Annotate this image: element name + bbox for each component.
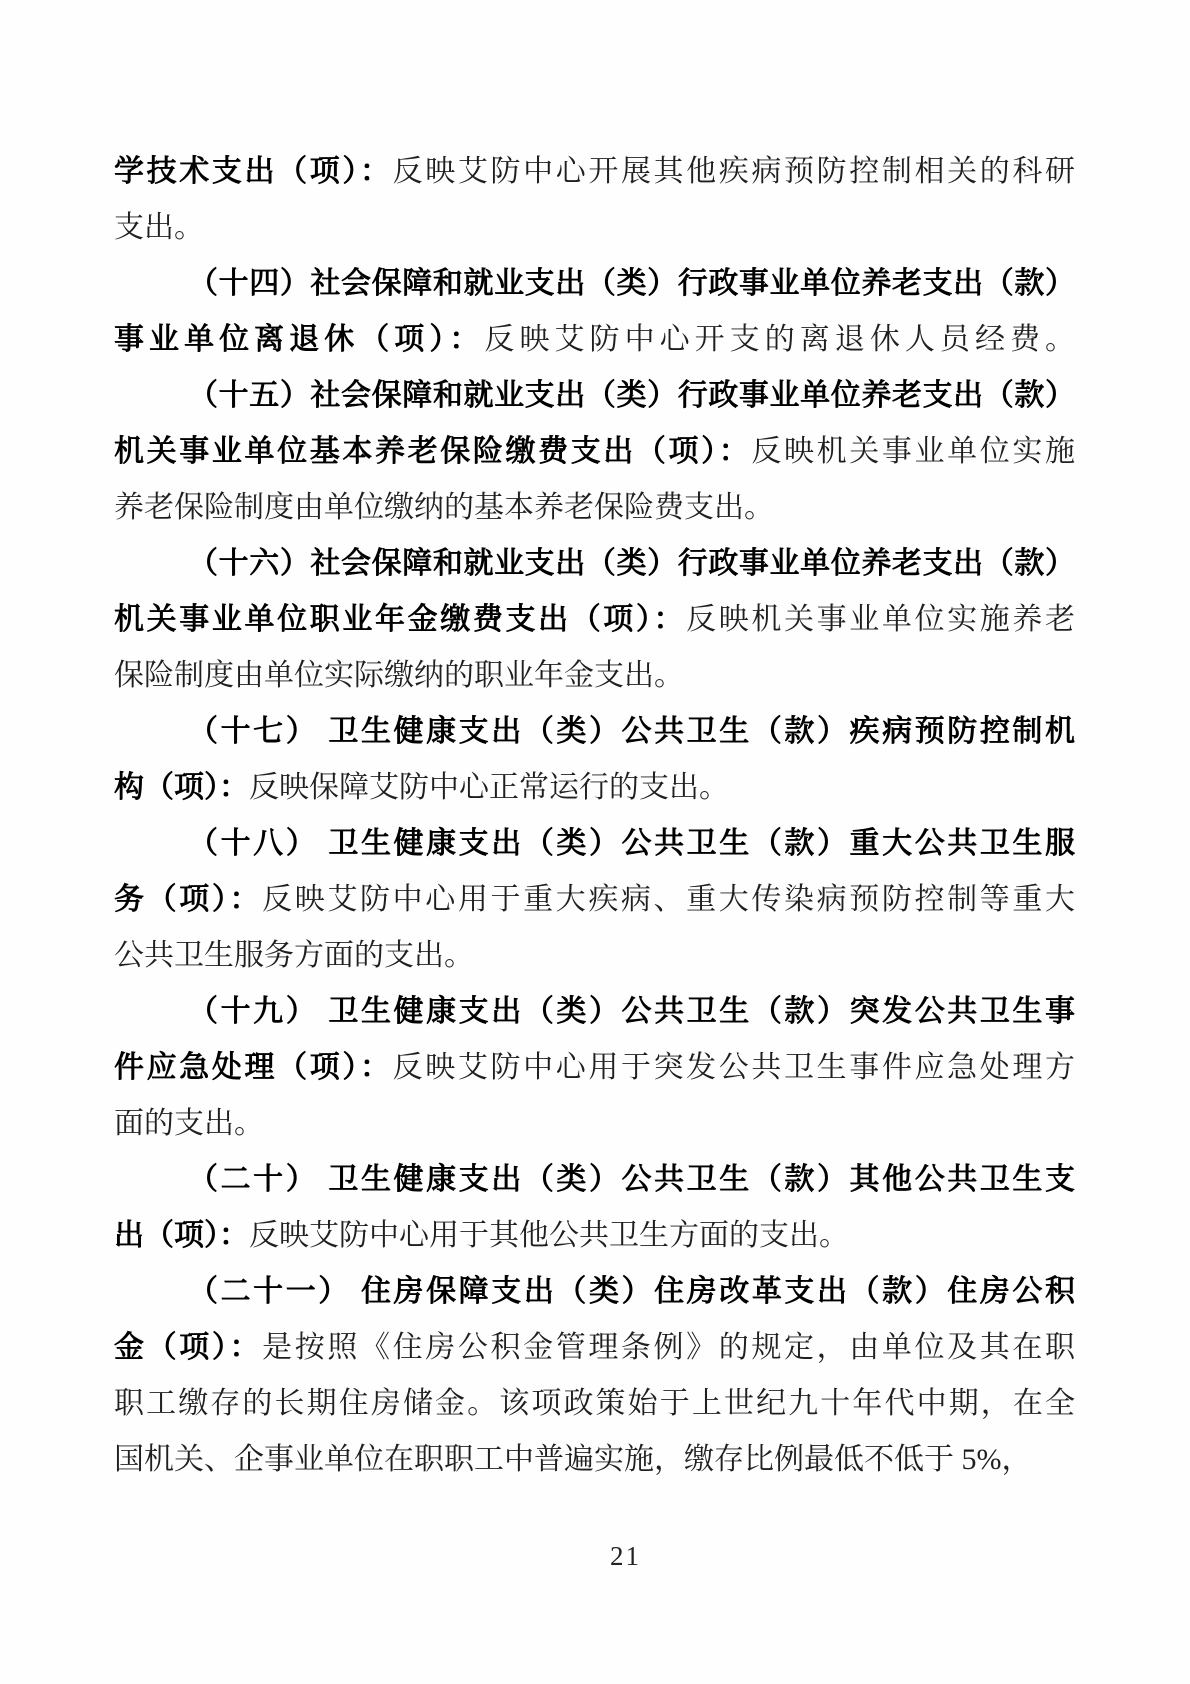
body-text: 反映艾防中心用于重大疾病、重大传染病预防控制等重大 — [262, 883, 1075, 916]
text-line: 学技术支出（项）：反映艾防中心开展其他疾病预防控制相关的科研 — [114, 144, 1075, 200]
text-line: （十五）社会保障和就业支出（类）行政事业单位养老支出（款） — [114, 368, 1075, 424]
body-text: 公共卫生服务方面的支出。 — [114, 939, 474, 972]
text-line: 养老保险制度由单位缴纳的基本养老保险费支出。 — [114, 480, 1075, 536]
text-line: 件应急处理（项）：反映艾防中心用于突发公共卫生事件应急处理方 — [114, 1040, 1075, 1096]
heading-text: （十四）社会保障和就业支出（类）行政事业单位养老支出（款） — [188, 267, 1075, 300]
body-text: 反映艾防中心用于其他公共卫生方面的支出。 — [249, 1219, 849, 1252]
text-line: 事业单位离退休（项）：反映艾防中心开支的离退休人员经费。 — [114, 312, 1075, 368]
text-line: （二十） 卫生健康支出（类）公共卫生（款）其他公共卫生支 — [114, 1152, 1075, 1208]
text-line: 职工缴存的长期住房储金。该项政策始于上世纪九十年代中期，在全 — [114, 1376, 1075, 1432]
text-line: 出（项）：反映艾防中心用于其他公共卫生方面的支出。 — [114, 1208, 1075, 1264]
body-text: 养老保险制度由单位缴纳的基本养老保险费支出。 — [114, 491, 774, 524]
body-text: 反映保障艾防中心正常运行的支出。 — [249, 771, 729, 804]
text-line: 构（项）：反映保障艾防中心正常运行的支出。 — [114, 760, 1075, 816]
text-line: 保险制度由单位实际缴纳的职业年金支出。 — [114, 648, 1075, 704]
heading-text: （二十） 卫生健康支出（类）公共卫生（款）其他公共卫生支 — [188, 1163, 1075, 1196]
text-line: 支出。 — [114, 200, 1075, 256]
text-line: 机关事业单位基本养老保险缴费支出（项）：反映机关事业单位实施 — [114, 424, 1075, 480]
text-line: （二十一） 住房保障支出（类）住房改革支出（款）住房公积 — [114, 1264, 1075, 1320]
text-content: 学技术支出（项）：反映艾防中心开展其他疾病预防控制相关的科研支出。（十四）社会保… — [114, 144, 1075, 1488]
heading-text: 出（项）： — [114, 1219, 249, 1252]
text-line: 公共卫生服务方面的支出。 — [114, 928, 1075, 984]
text-line: （十八） 卫生健康支出（类）公共卫生（款）重大公共卫生服 — [114, 816, 1075, 872]
heading-text: （十五）社会保障和就业支出（类）行政事业单位养老支出（款） — [188, 379, 1075, 412]
body-text: 反映艾防中心开展其他疾病预防控制相关的科研 — [393, 155, 1075, 188]
text-line: （十四）社会保障和就业支出（类）行政事业单位养老支出（款） — [114, 256, 1075, 312]
body-text: 反映机关事业单位实施养老 — [686, 603, 1075, 636]
text-line: 国机关、企事业单位在职职工中普遍实施，缴存比例最低不低于 5%， — [114, 1432, 1075, 1488]
page-number: 21 — [610, 1541, 641, 1572]
body-text: 反映艾防中心用于突发公共卫生事件应急处理方 — [393, 1051, 1075, 1084]
text-line: 机关事业单位职业年金缴费支出（项）：反映机关事业单位实施养老 — [114, 592, 1075, 648]
body-text: 国机关、企事业单位在职职工中普遍实施，缴存比例最低不低于 5%， — [114, 1443, 1032, 1476]
heading-text: 务（项）： — [114, 883, 262, 916]
heading-text: 事业单位离退休（项）： — [114, 323, 484, 356]
heading-text: 机关事业单位基本养老保险缴费支出（项）： — [114, 435, 751, 468]
text-line: （十六）社会保障和就业支出（类）行政事业单位养老支出（款） — [114, 536, 1075, 592]
text-line: 金（项）：是按照《住房公积金管理条例》的规定，由单位及其在职 — [114, 1320, 1075, 1376]
document-page: 学技术支出（项）：反映艾防中心开展其他疾病预防控制相关的科研支出。（十四）社会保… — [0, 0, 1190, 1684]
heading-text: （十七） 卫生健康支出（类）公共卫生（款）疾病预防控制机 — [188, 715, 1075, 748]
heading-text: （十九） 卫生健康支出（类）公共卫生（款）突发公共卫生事 — [188, 995, 1075, 1028]
body-text: 反映机关事业单位实施 — [751, 435, 1075, 468]
heading-text: （十八） 卫生健康支出（类）公共卫生（款）重大公共卫生服 — [188, 827, 1075, 860]
body-text: 支出。 — [114, 211, 204, 244]
heading-text: 机关事业单位职业年金缴费支出（项）： — [114, 603, 686, 636]
text-line: 务（项）：反映艾防中心用于重大疾病、重大传染病预防控制等重大 — [114, 872, 1075, 928]
body-text: 反映艾防中心开支的离退休人员经费。 — [484, 323, 1075, 356]
body-text: 保险制度由单位实际缴纳的职业年金支出。 — [114, 659, 684, 692]
heading-text: 学技术支出（项）： — [114, 155, 393, 188]
heading-text: 构（项）： — [114, 771, 249, 804]
body-text: 面的支出。 — [114, 1107, 264, 1140]
text-line: （十七） 卫生健康支出（类）公共卫生（款）疾病预防控制机 — [114, 704, 1075, 760]
heading-text: 金（项）： — [114, 1331, 262, 1364]
heading-text: 件应急处理（项）： — [114, 1051, 393, 1084]
text-line: （十九） 卫生健康支出（类）公共卫生（款）突发公共卫生事 — [114, 984, 1075, 1040]
text-line: 面的支出。 — [114, 1096, 1075, 1152]
body-text: 是按照《住房公积金管理条例》的规定，由单位及其在职 — [262, 1331, 1075, 1364]
body-text: 职工缴存的长期住房储金。该项政策始于上世纪九十年代中期，在全 — [114, 1387, 1075, 1420]
heading-text: （十六）社会保障和就业支出（类）行政事业单位养老支出（款） — [188, 547, 1075, 580]
heading-text: （二十一） 住房保障支出（类）住房改革支出（款）住房公积 — [188, 1275, 1075, 1308]
